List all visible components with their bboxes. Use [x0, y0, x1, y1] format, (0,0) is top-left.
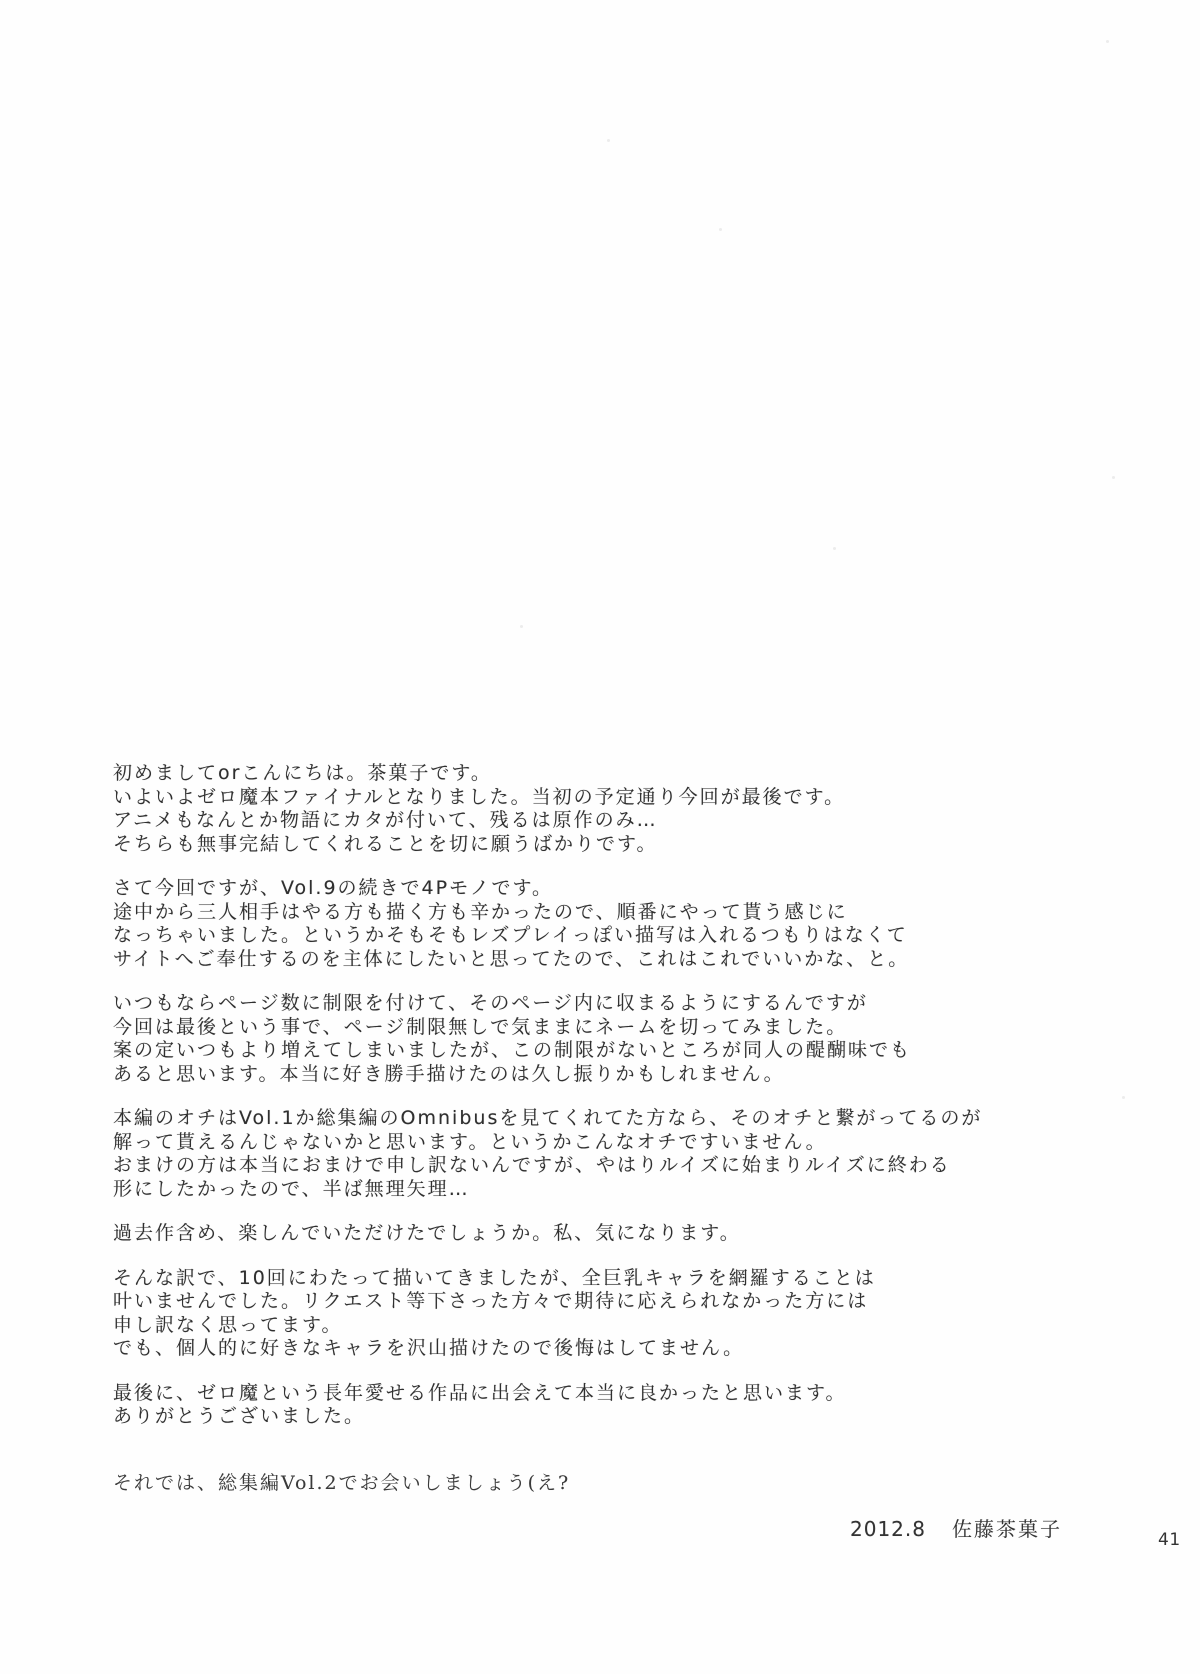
credit-line: 2012.8佐藤茶菓子 [850, 1513, 1062, 1542]
text-line: 過去作含め、楽しんでいただけたでしょうか。私、気になります。 [113, 1222, 1093, 1246]
signoff-line: それでは、総集編Vol.2でお会いしましょう(え? [113, 1472, 1093, 1496]
text-line: いよいよゼロ魔本ファイナルとなりました。当初の予定通り今回が最後です。 [113, 786, 1093, 810]
text-line: 途中から三人相手はやる方も描く方も辛かったので、順番にやって貰う感じに [113, 901, 1093, 925]
paragraph: そんな訳で、10回にわたって描いてきましたが、全巨乳キャラを網羅することは 叶い… [113, 1267, 1093, 1361]
paragraph: 最後に、ゼロ魔という長年愛せる作品に出会えて本当に良かったと思います。 ありがと… [113, 1382, 1093, 1429]
text-line: 今回は最後という事で、ページ制限無しで気ままにネームを切ってみました。 [113, 1016, 1093, 1040]
scan-speck-icon [1112, 476, 1115, 479]
text-line: そんな訳で、10回にわたって描いてきましたが、全巨乳キャラを網羅することは [113, 1267, 1093, 1291]
text-line: さて今回ですが、Vol.9の続きで4Pモノです。 [113, 877, 1093, 901]
credit-date: 2012.8 [850, 1517, 926, 1541]
text-line: なっちゃいました。というかそもそもレズプレイっぽい描写は入れるつもりはなくて [113, 924, 1093, 948]
scan-speck-icon [607, 139, 610, 142]
text-line: そちらも無事完結してくれることを切に願うばかりです。 [113, 833, 1093, 857]
text-line: おまけの方は本当におまけで申し訳ないんですが、やはりルイズに始まりルイズに終わる [113, 1154, 1093, 1178]
scan-speck-icon [1106, 40, 1109, 43]
text-line: 申し訳なく思ってます。 [113, 1314, 1093, 1338]
scanned-page: 初めましてorこんにちは。茶菓子です。 いよいよゼロ魔本ファイナルとなりました。… [0, 0, 1200, 1674]
afterword-text-block: 初めましてorこんにちは。茶菓子です。 いよいよゼロ魔本ファイナルとなりました。… [113, 762, 1093, 1495]
paragraph: 過去作含め、楽しんでいただけたでしょうか。私、気になります。 [113, 1222, 1093, 1246]
text-line: 案の定いつもより増えてしまいましたが、この制限がないところが同人の醍醐味でも [113, 1039, 1093, 1063]
text-line: 叶いませんでした。リクエスト等下さった方々で期待に応えられなかった方には [113, 1290, 1093, 1314]
paragraph: さて今回ですが、Vol.9の続きで4Pモノです。 途中から三人相手はやる方も描く… [113, 877, 1093, 971]
text-line: 最後に、ゼロ魔という長年愛せる作品に出会えて本当に良かったと思います。 [113, 1382, 1093, 1406]
scan-speck-icon [520, 625, 523, 628]
paragraph: いつもならページ数に制限を付けて、そのページ内に収まるようにするんですが 今回は… [113, 992, 1093, 1086]
text-line: 解って貰えるんじゃないかと思います。というかこんなオチですいません。 [113, 1131, 1093, 1155]
scan-speck-icon [719, 228, 722, 231]
text-line: いつもならページ数に制限を付けて、そのページ内に収まるようにするんですが [113, 992, 1093, 1016]
scan-speck-icon [833, 547, 836, 550]
text-line: アニメもなんとか物語にカタが付いて、残るは原作のみ… [113, 809, 1093, 833]
page-number: 41 [1158, 1530, 1181, 1550]
text-line: サイトへご奉仕するのを主体にしたいと思ってたので、これはこれでいいかな、と。 [113, 948, 1093, 972]
scan-speck-icon [1122, 1096, 1125, 1099]
credit-author: 佐藤茶菓子 [952, 1517, 1062, 1541]
text-line: 形にしたかったので、半ば無理矢理… [113, 1178, 1093, 1202]
text-line: でも、個人的に好きなキャラを沢山描けたので後悔はしてません。 [113, 1337, 1093, 1361]
paragraph: 初めましてorこんにちは。茶菓子です。 いよいよゼロ魔本ファイナルとなりました。… [113, 762, 1093, 856]
text-line: あると思います。本当に好き勝手描けたのは久し振りかもしれません。 [113, 1063, 1093, 1087]
text-line: 初めましてorこんにちは。茶菓子です。 [113, 762, 1093, 786]
text-line: ありがとうございました。 [113, 1405, 1093, 1429]
paragraph: 本編のオチはVol.1か総集編のOmnibusを見てくれてた方なら、そのオチと繋… [113, 1107, 1093, 1201]
text-line: 本編のオチはVol.1か総集編のOmnibusを見てくれてた方なら、そのオチと繋… [113, 1107, 1093, 1131]
